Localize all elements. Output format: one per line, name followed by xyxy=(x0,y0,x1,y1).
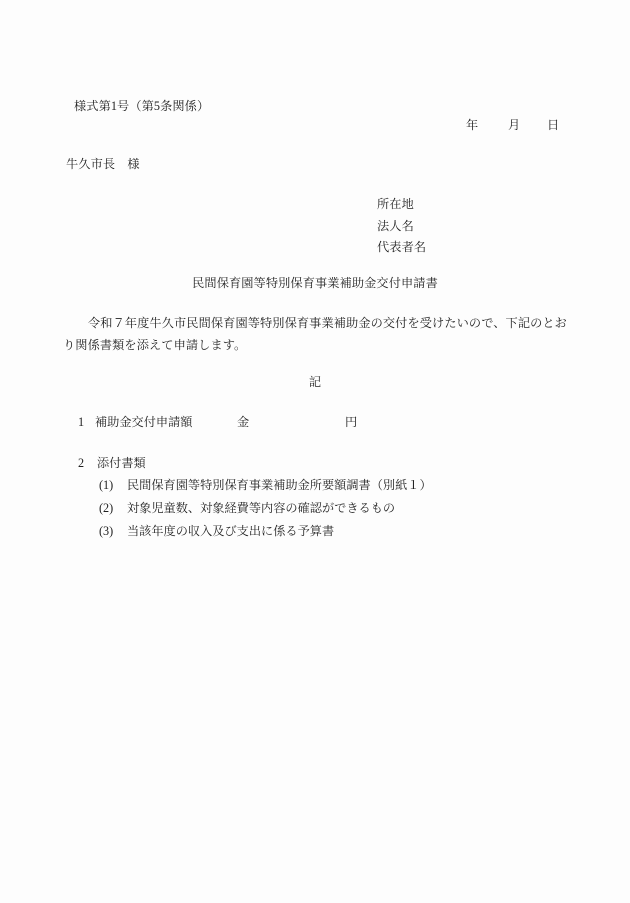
month-label: 月 xyxy=(508,118,520,133)
date-line: 年 月 日 xyxy=(0,118,630,134)
item-label: 補助金交付申請額 xyxy=(95,415,193,430)
sub-item-number: (2) xyxy=(99,501,113,516)
sub-item-number: (3) xyxy=(99,524,113,539)
paragraph-line: り関係書類を添えて申請します。 xyxy=(63,338,246,353)
attachment-sub-item: (1) 民間保育園等特別保育事業補助金所要額調書（別紙１） xyxy=(0,478,630,494)
sub-item-text: 民間保育園等特別保育事業補助金所要額調書（別紙１） xyxy=(127,478,432,493)
representative-label: 代表者名 xyxy=(377,240,426,255)
form-number-line: 様式第1号（第5条関係） xyxy=(74,99,209,114)
document-page: 様式第1号（第5条関係） 年 月 日 牛久市長 様 所在地 法人名 代表者名 民… xyxy=(0,0,630,903)
amount-unit-label: 円 xyxy=(345,415,357,430)
item-label: 添付書類 xyxy=(97,456,146,471)
item-subsidy-amount-row: 1 補助金交付申請額 金 円 xyxy=(0,415,630,431)
document-title: 民間保育園等特別保育事業補助金交付申請書 xyxy=(0,276,630,291)
ki-marker: 記 xyxy=(0,375,630,390)
amount-prefix-label: 金 xyxy=(237,415,249,430)
attachment-sub-item: (2) 対象児童数、対象経費等内容の確認ができるもの xyxy=(0,501,630,517)
addressee-line: 牛久市長 様 xyxy=(66,157,140,172)
item-attachments-row: 2 添付書類 xyxy=(0,456,630,472)
corporation-label: 法人名 xyxy=(377,219,414,234)
paragraph-line: 令和７年度牛久市民間保育園等特別保育事業補助金の交付を受けたいので、下記のとお xyxy=(88,316,567,331)
sub-item-text: 当該年度の収入及び支出に係る予算書 xyxy=(127,524,334,539)
sub-item-number: (1) xyxy=(99,478,113,493)
location-label: 所在地 xyxy=(377,197,414,212)
day-label: 日 xyxy=(547,118,559,133)
sub-item-text: 対象児童数、対象経費等内容の確認ができるもの xyxy=(127,501,395,516)
year-label: 年 xyxy=(466,118,478,133)
attachment-sub-item: (3) 当該年度の収入及び支出に係る予算書 xyxy=(0,524,630,540)
item-number: 1 xyxy=(78,415,84,430)
item-number: 2 xyxy=(78,456,84,471)
